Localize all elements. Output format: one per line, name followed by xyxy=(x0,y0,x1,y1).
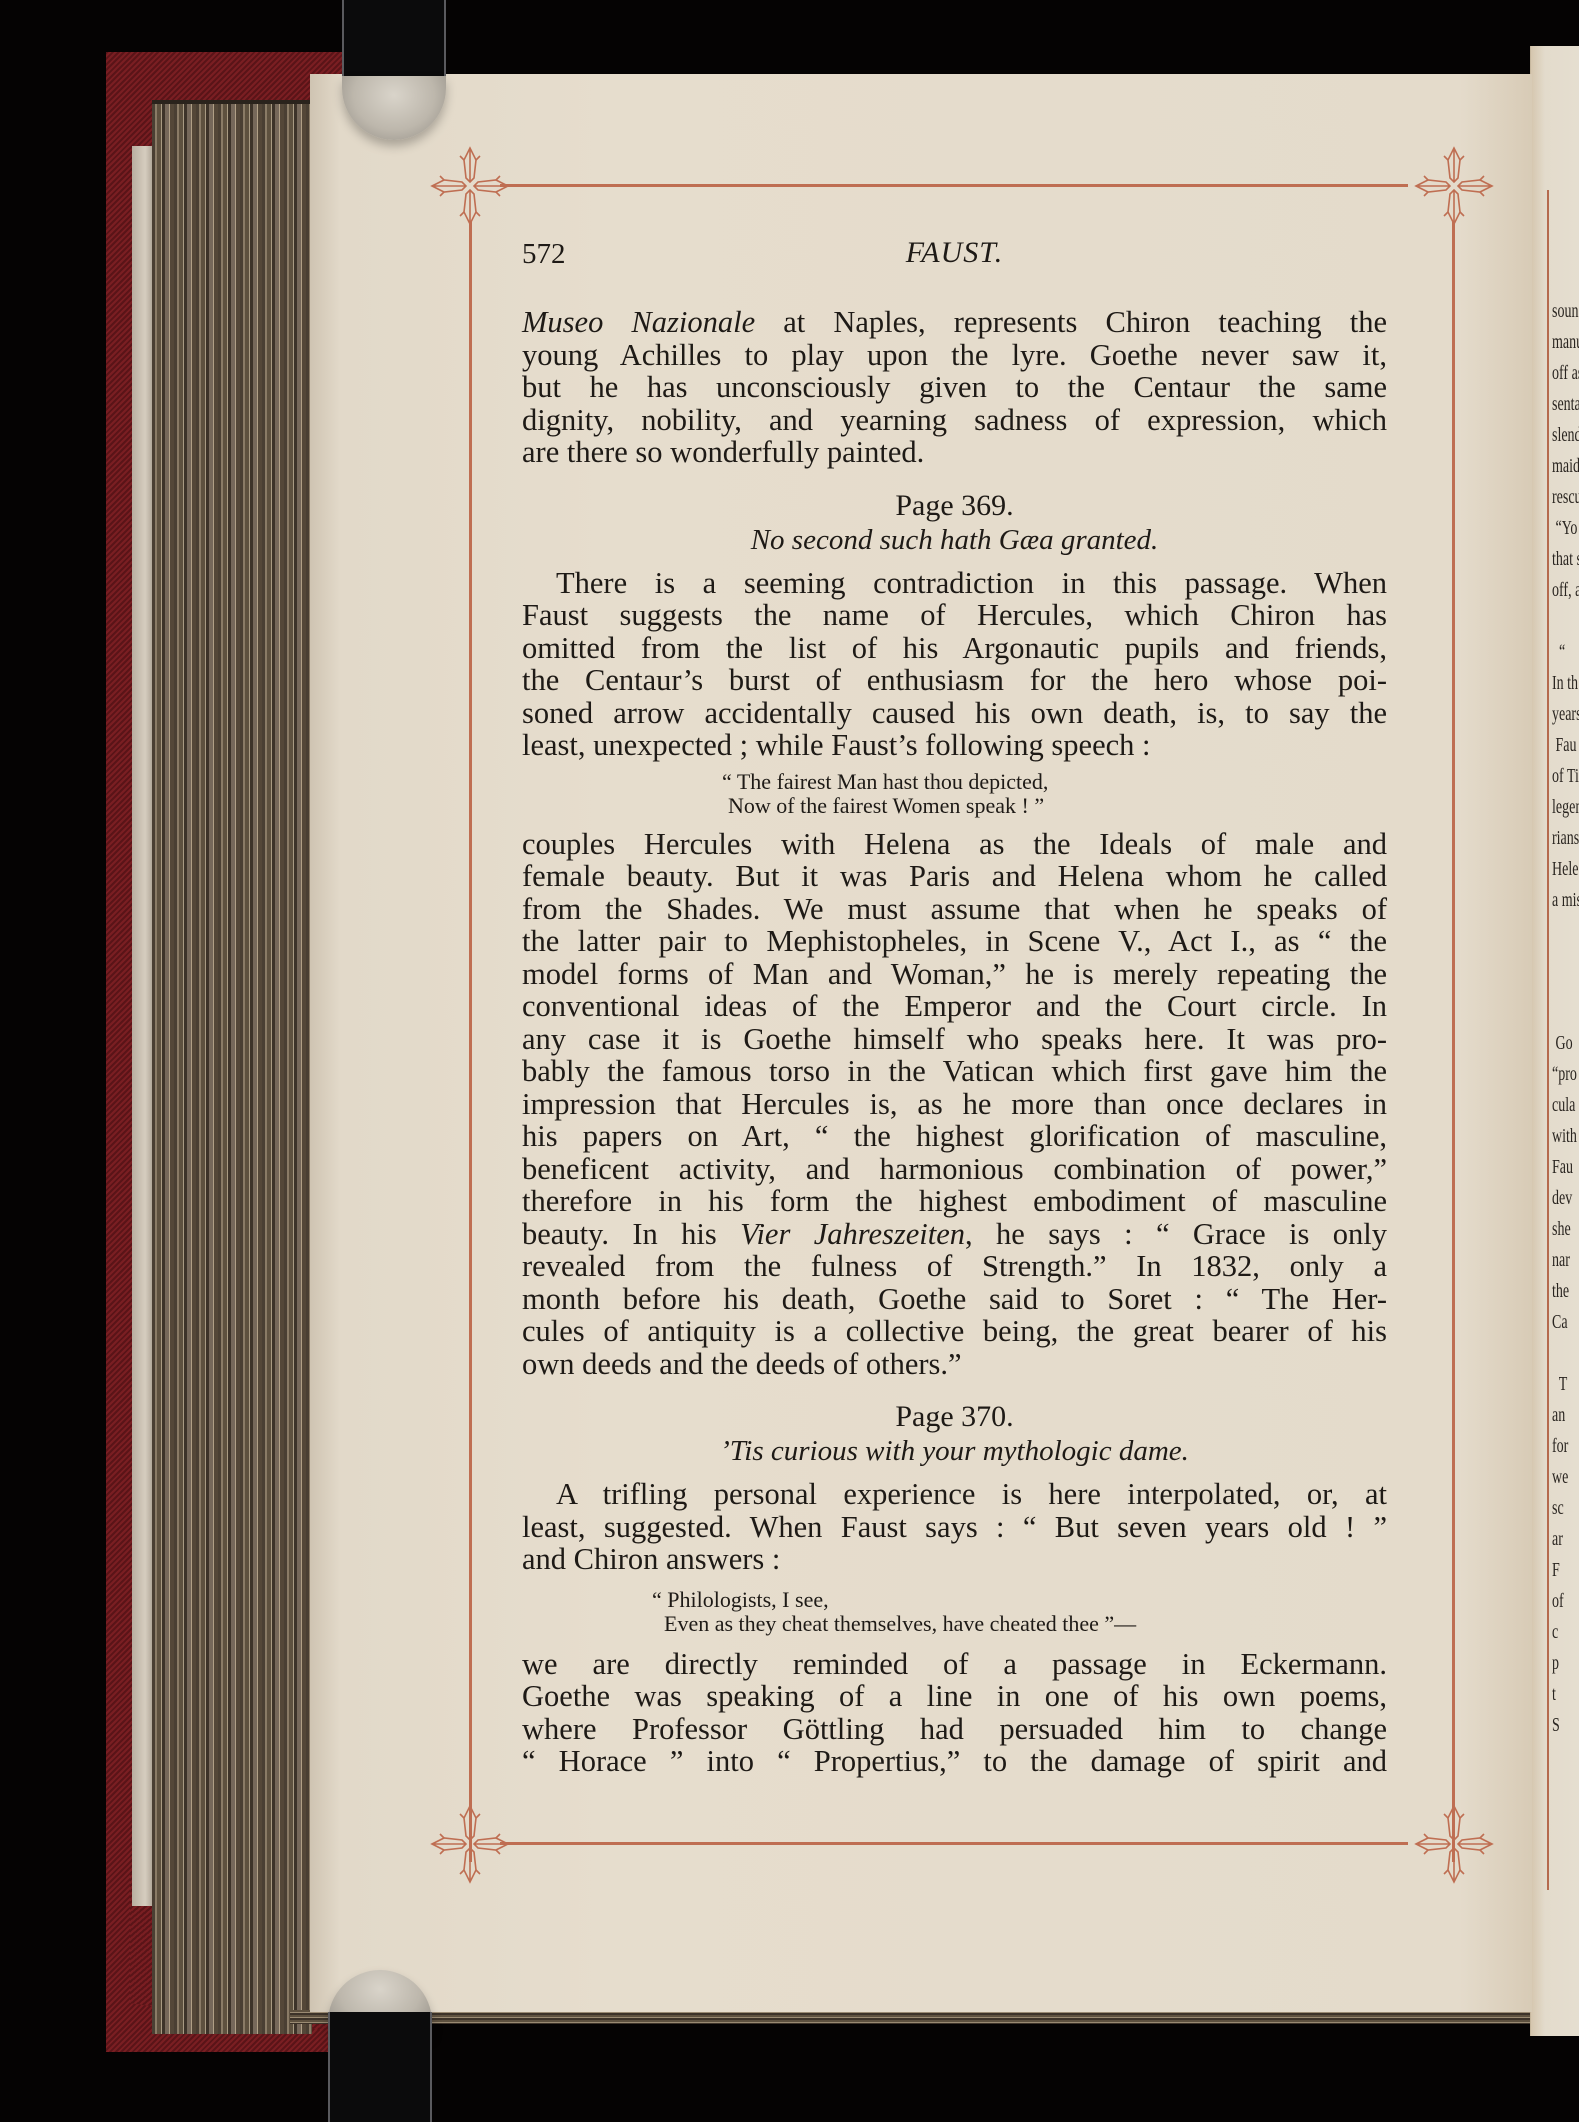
text-line: cules of antiquity is a collective being… xyxy=(522,1315,1387,1348)
ornament-cross-icon-top-right xyxy=(1412,144,1496,228)
text-line: impression that Hercules is, as he more … xyxy=(522,1088,1387,1121)
text-line: Faust suggests the name of Hercules, whi… xyxy=(522,599,1387,632)
section-heading-page-369: Page 369. xyxy=(522,489,1387,523)
page-clip-bottom xyxy=(328,2012,432,2122)
text-line: omitted from the list of his Argonautic … xyxy=(522,632,1387,665)
page-edges-stack xyxy=(152,100,312,2034)
text-line: his papers on Art, “ the highest glorifi… xyxy=(522,1120,1387,1153)
paragraph-museo: Museo Nazionale at Naples, represents Ch… xyxy=(522,306,1387,469)
text-line: revealed from the fulness of Strength.” … xyxy=(522,1250,1387,1283)
frame-right-rule xyxy=(1452,222,1455,1862)
text-line: “ Horace ” into “ Propertius,” to the da… xyxy=(522,1745,1387,1778)
text-line: any case it is Goethe himself who speaks… xyxy=(522,1023,1387,1056)
paragraph-eckermann: we are directly reminded of a passage in… xyxy=(522,1648,1387,1778)
section-quote-370: ’Tis curious with your mythologic dame. xyxy=(522,1434,1387,1468)
text-line: conventional ideas of the Emperor and th… xyxy=(522,990,1387,1023)
text-line: from the Shades. We must assume that whe… xyxy=(522,893,1387,926)
paragraph-hercules-helena: couples Hercules with Helena as the Idea… xyxy=(522,828,1387,1381)
text-line: Goethe was speaking of a line in one of … xyxy=(522,1680,1387,1713)
frame-left-rule xyxy=(469,222,472,1862)
text-line: bably the famous torso in the Vatican wh… xyxy=(522,1055,1387,1088)
section-heading-page-370: Page 370. xyxy=(522,1400,1387,1434)
text-line: therefore in his form the highest embodi… xyxy=(522,1185,1387,1218)
italic-vier-jahreszeiten: Vier Jahreszeiten xyxy=(740,1217,965,1251)
section-quote-369: No second such hath Gæa granted. xyxy=(522,523,1387,557)
text-line: the Centaur’s burst of enthusiasm for th… xyxy=(522,664,1387,697)
paragraph-trifling-experience: A trifling personal experience is here i… xyxy=(522,1478,1387,1576)
text-line: beneficent activity, and harmonious comb… xyxy=(522,1153,1387,1186)
verse-line: Now of the fairest Women speak ! ” xyxy=(722,794,1387,818)
text-line: at Naples, represents Chiron teaching th… xyxy=(755,305,1387,339)
text-line: soned arrow accidentally caused his own … xyxy=(522,697,1387,730)
verse-quote-faust: “ The fairest Man hast thou depicted, No… xyxy=(722,770,1387,818)
text-line: female beauty. But it was Paris and Hele… xyxy=(522,860,1387,893)
italic-museo-nazionale: Museo Nazionale xyxy=(522,305,755,339)
running-head: 572 FAUST. xyxy=(522,238,1387,278)
ornament-cross-icon-bottom-left xyxy=(428,1802,512,1886)
text-line: month before his death, Goethe said to S… xyxy=(522,1283,1387,1316)
page-edges-bottom xyxy=(290,2010,1530,2024)
verse-line: “ The fairest Man hast thou depicted, xyxy=(722,770,1387,794)
text-line: There is a seeming contradiction in this… xyxy=(522,567,1387,600)
text-line: least, suggested. When Faust says : “ Bu… xyxy=(522,1511,1387,1544)
text-line: are there so wonderfully painted. xyxy=(522,436,1387,469)
text-line: and Chiron answers : xyxy=(522,1543,1387,1576)
verse-line: “ Philologists, I see, xyxy=(652,1588,1387,1612)
page-clip-top xyxy=(342,0,446,78)
frame-top-rule xyxy=(500,184,1408,187)
text-line: beauty. In his xyxy=(522,1217,740,1251)
text-line: where Professor Göttling had persuaded h… xyxy=(522,1713,1387,1746)
frame-bottom-rule xyxy=(500,1842,1408,1845)
text-line: couples Hercules with Helena as the Idea… xyxy=(522,828,1387,861)
facing-page-frame-rule xyxy=(1547,190,1549,1890)
text-line: the latter pair to Mephistopheles, in Sc… xyxy=(522,925,1387,958)
text-line: least, unexpected ; while Faust’s follow… xyxy=(522,729,1387,762)
flyleaf-strip xyxy=(132,146,154,1906)
verse-quote-chiron: “ Philologists, I see, Even as they chea… xyxy=(652,1588,1387,1636)
verse-line: Even as they cheat themselves, have chea… xyxy=(652,1612,1387,1636)
text-line: dignity, nobility, and yearning sadness … xyxy=(522,404,1387,437)
text-line: , he says : “ Grace is only xyxy=(965,1217,1387,1251)
paragraph-contradiction: There is a seeming contradiction in this… xyxy=(522,567,1387,762)
text-line: young Achilles to play upon the lyre. Go… xyxy=(522,339,1387,372)
facing-page-text-top: sound. manus off as sentati slende maide… xyxy=(1552,296,1579,916)
facing-page-text-bottom: Go “pro cula with Fau dev she nar the Ca… xyxy=(1552,1028,1579,1741)
text-line: we are directly reminded of a passage in… xyxy=(522,1648,1387,1681)
text-line: own deeds and the deeds of others.” xyxy=(522,1348,1387,1381)
running-title: FAUST. xyxy=(522,236,1387,270)
ornament-cross-icon-top-left xyxy=(428,144,512,228)
ornament-cross-icon-bottom-right xyxy=(1412,1802,1496,1886)
text-line: A trifling personal experience is here i… xyxy=(522,1478,1387,1511)
page-body: Museo Nazionale at Naples, represents Ch… xyxy=(522,306,1387,1778)
text-line: but he has unconsciously given to the Ce… xyxy=(522,371,1387,404)
text-line: model forms of Man and Woman,” he is mer… xyxy=(522,958,1387,991)
